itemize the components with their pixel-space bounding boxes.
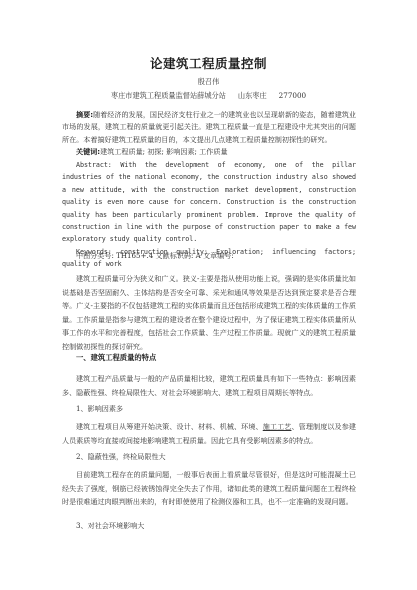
document-title: 论建筑工程质量控制 [0,54,417,72]
subsection-1-heading: 1、影响因素多 [62,403,356,415]
document-page: 论建筑工程质量控制 殷召伟 枣庄市建筑工程质量监督站薛城分站山东枣庄277000… [0,0,417,590]
section-1: 一、建筑工程质量的特点 [62,352,356,364]
affiliation-postcode: 277000 [279,91,306,100]
body-intro: 建筑工程质量可分为狭义和广义。狭义-主要是指从使用功能上说，强调的是实体质量比如… [62,272,356,354]
author-name: 殷召伟 [0,77,417,87]
affiliation-org: 枣庄市建筑工程质量监督站薛城分站 [111,91,226,100]
subsection-1: 1、影响因素多 [62,403,356,415]
affiliation-location: 山东枣庄 [238,91,267,100]
keywords-cn: 关键词:建筑工程质量; 初探; 影响因素; 工作质量 [62,146,356,158]
subsection-2-heading: 2、隐蔽性强，终检局限性大 [62,451,356,463]
subsection-3: 3、对社会环境影响大 [62,520,356,532]
keywords-cn-label: 关键词: [76,147,100,156]
construction-technique-link[interactable]: 施工工艺 [263,422,292,431]
section-1-intro-text: 建筑工程产品质量与一般的产品质量相比较，建筑工程质量具有如下一些特点：影响因素多… [62,372,356,399]
subsection-1-body: 建筑工程项目从筹建开始决策、设计、材料、机械、环境、施工工艺、管理制度以及参建人… [62,420,356,447]
classification-line: 中图分类号: TH165+.4 文献标识码: A 文章编号: [62,250,356,262]
section-1-intro: 建筑工程产品质量与一般的产品质量相比较，建筑工程质量具有如下一些特点：影响因素多… [62,372,356,399]
classification-text: 中图分类号: TH165+.4 文献标识码: A 文章编号: [62,250,356,262]
section-1-heading: 一、建筑工程质量的特点 [62,352,356,364]
subsection-3-heading: 3、对社会环境影响大 [62,520,356,532]
body-intro-text: 建筑工程质量可分为狭义和广义。狭义-主要是指从使用功能上说，强调的是实体质量比如… [62,272,356,354]
abstract-en-text: Abstract: With the development of econom… [62,159,356,246]
keywords-cn-text: 建筑工程质量; 初探; 影响因素; 工作质量 [100,147,227,156]
subsection-1-text-a: 建筑工程项目从筹建开始决策、设计、材料、机械、环境、 [76,422,263,431]
author-affiliation: 枣庄市建筑工程质量监督站薛城分站山东枣庄277000 [0,91,417,101]
subsection-2-text: 目前建筑工程存在的质量问题，一般事后表面上看质量尽管很好，但是这时可能混凝土已经… [62,468,356,509]
abstract-cn-text: 随着经济的发展，国民经济支柱行业之一的建筑业也以呈现崭新的姿态，随着建筑业市场的… [62,110,356,144]
subsection-2-body: 目前建筑工程存在的质量问题，一般事后表面上看质量尽管很好，但是这时可能混凝土已经… [62,468,356,509]
abstract-cn: 摘要:随着经济的发展，国民经济支柱行业之一的建筑业也以呈现崭新的姿态，随着建筑业… [62,109,356,158]
abstract-cn-label: 摘要: [76,110,93,119]
subsection-2: 2、隐蔽性强，终检局限性大 [62,451,356,463]
